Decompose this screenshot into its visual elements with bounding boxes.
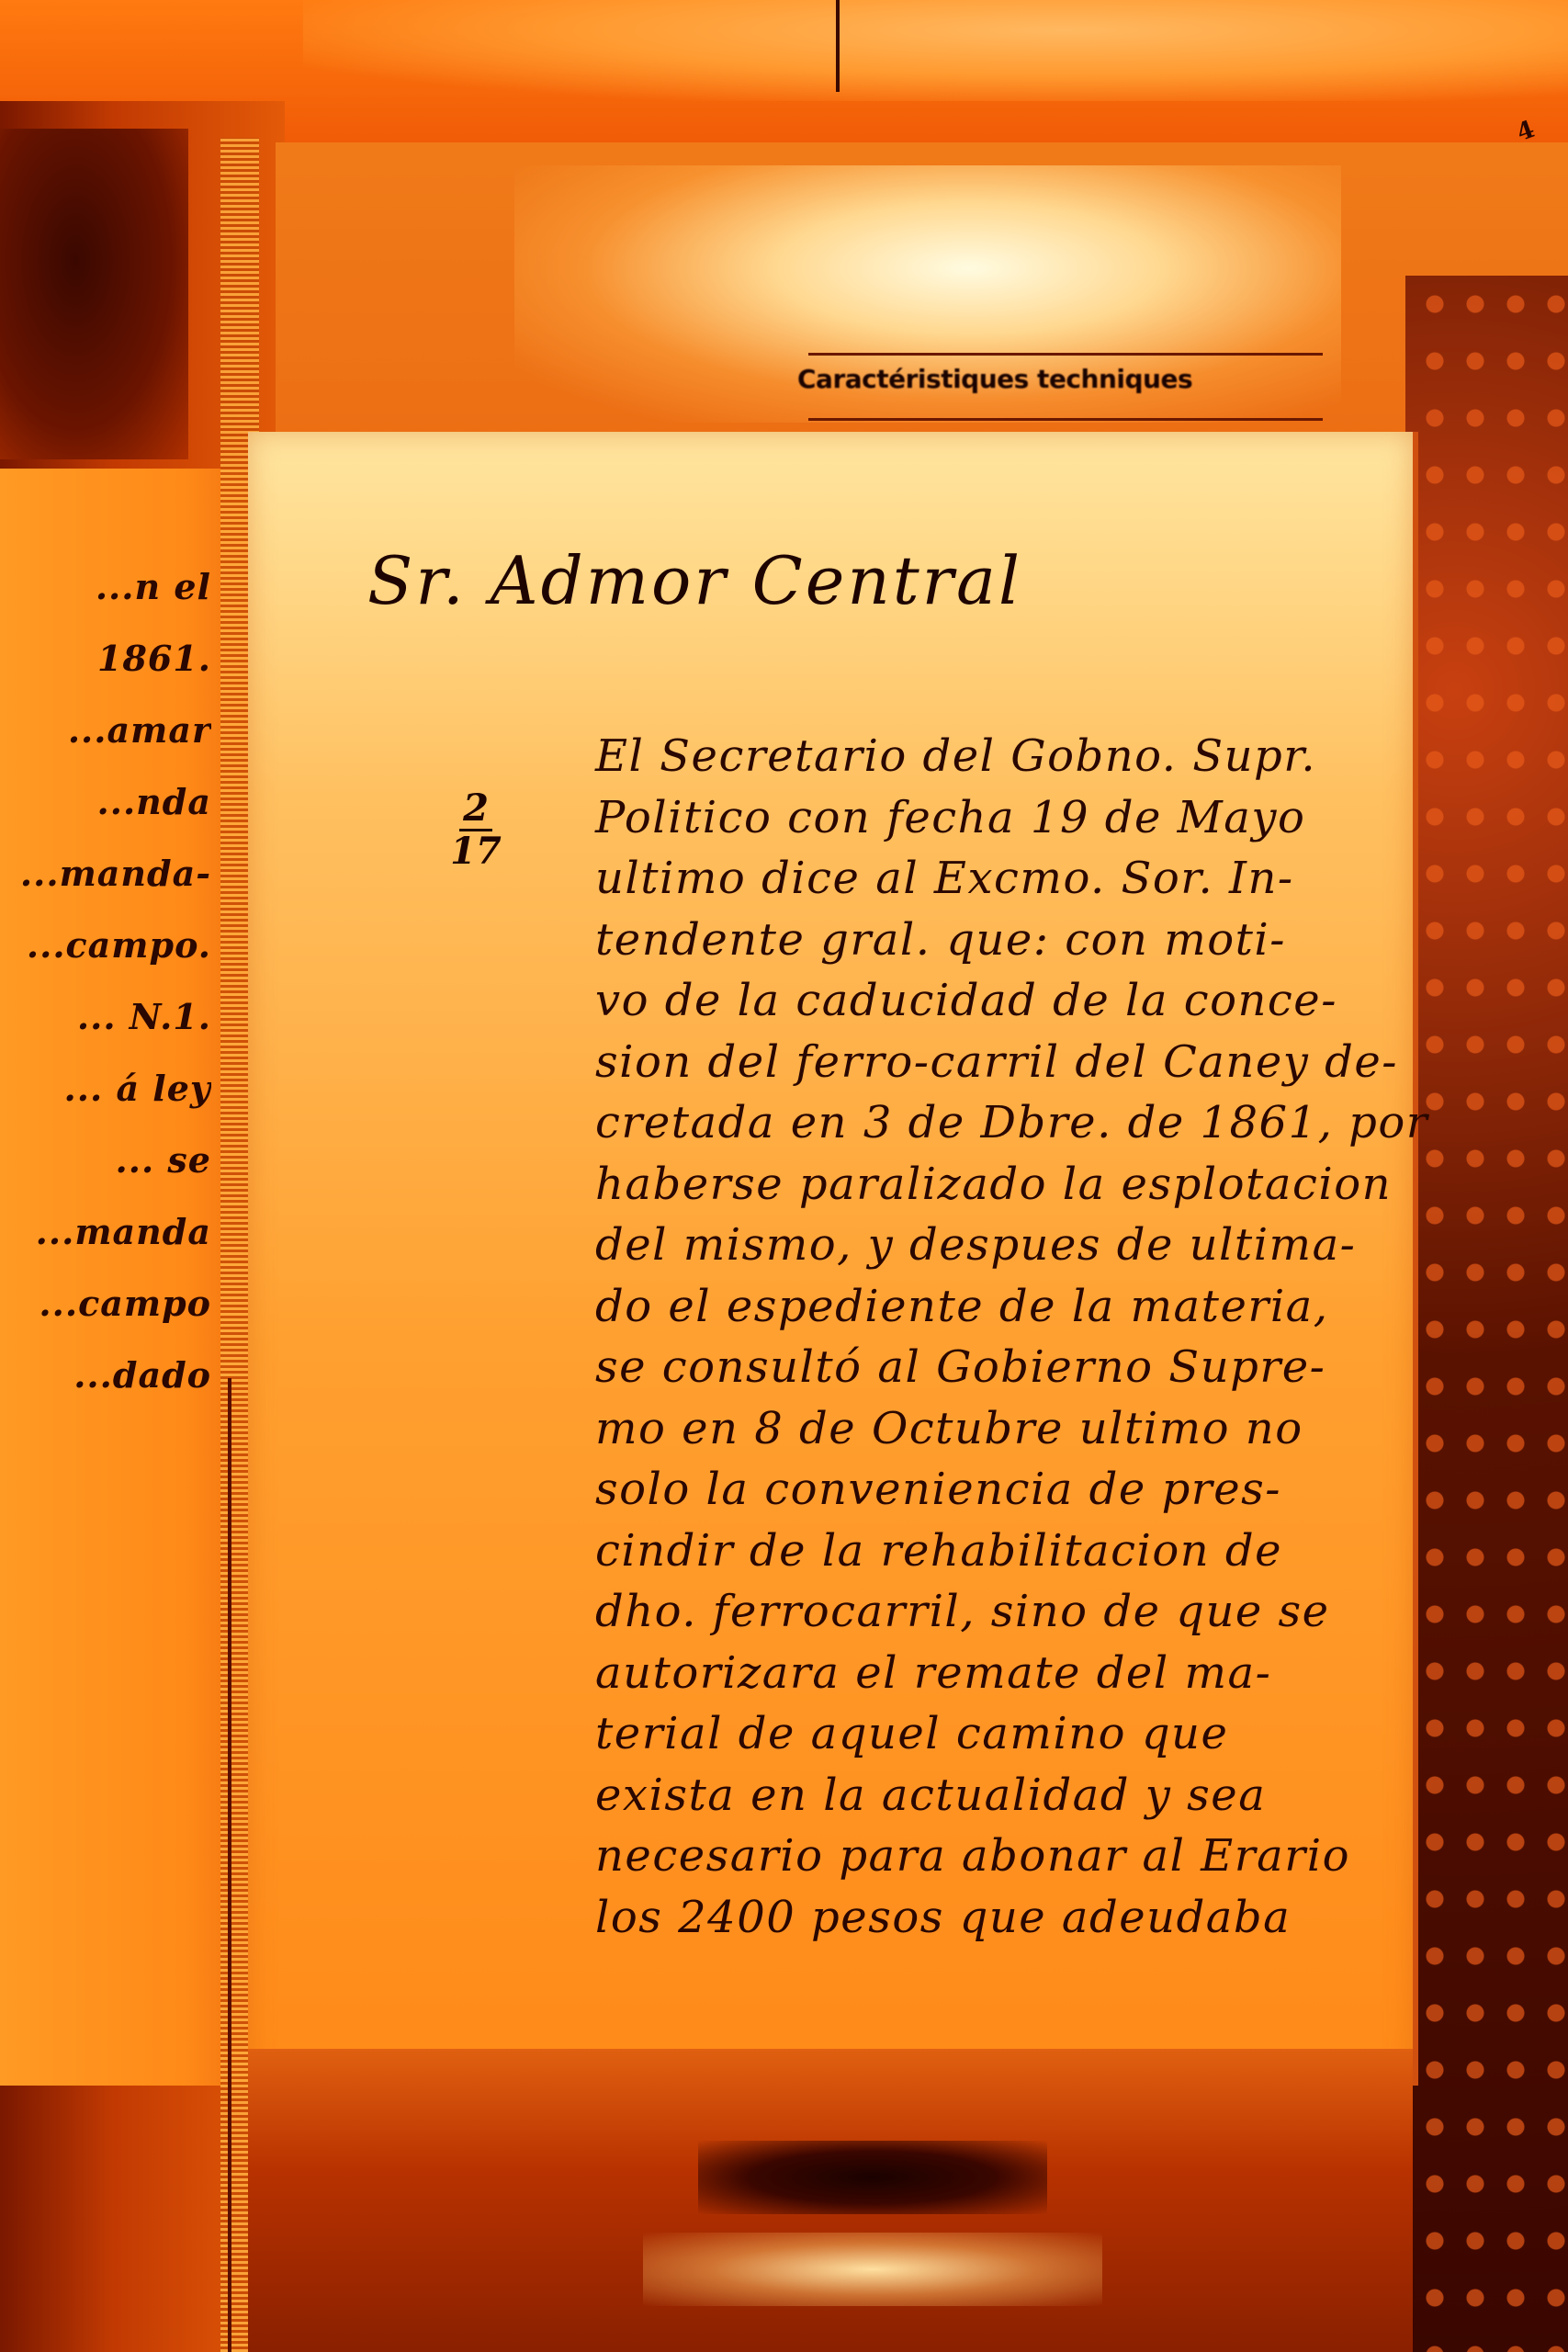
left-line: ...amar bbox=[0, 695, 211, 766]
body-line: sion del ferro-carril del Caney de- bbox=[595, 1032, 1404, 1093]
label-rule-bottom bbox=[808, 418, 1323, 421]
body-line: cindir de la rehabilitacion de bbox=[595, 1521, 1404, 1582]
right-binder-texture bbox=[1415, 276, 1568, 2352]
body-line: los 2400 pesos que adeudaba bbox=[595, 1887, 1404, 1949]
background-light-glow bbox=[303, 0, 1568, 101]
left-line: ...campo bbox=[0, 1268, 211, 1340]
left-binder-stain bbox=[0, 129, 188, 459]
folio-denominator: 17 bbox=[450, 830, 502, 873]
salutation-heading: Sr. Admor Central bbox=[367, 542, 1022, 619]
left-page-text: ...n el 1861. ...amar ...nda ...manda- .… bbox=[0, 551, 211, 1411]
sheet-label: Caractéristiques techniques bbox=[797, 364, 1348, 394]
left-line: ...n el bbox=[0, 551, 211, 623]
body-line: exista en la actualidad y sea bbox=[595, 1765, 1404, 1826]
left-line: ...nda bbox=[0, 766, 211, 838]
body-line: mo en 8 de Octubre ultimo no bbox=[595, 1398, 1404, 1460]
bottom-glare bbox=[643, 2233, 1102, 2306]
label-rule-top bbox=[808, 353, 1323, 356]
left-line: ...campo. bbox=[0, 910, 211, 981]
vertical-pin-line bbox=[836, 0, 840, 92]
body-line: terial de aquel camino que bbox=[595, 1703, 1404, 1765]
body-line: ultimo dice al Excmo. Sor. In- bbox=[595, 848, 1404, 910]
margin-folio-note: 2 17 bbox=[448, 790, 503, 870]
body-line: vo de la caducidad de la conce- bbox=[595, 970, 1404, 1032]
left-line: ...manda- bbox=[0, 838, 211, 910]
spine-stitch-line bbox=[228, 1378, 231, 2352]
body-line: se consultó al Gobierno Supre- bbox=[595, 1337, 1404, 1398]
body-line: haberse paralizado la esplotacion bbox=[595, 1154, 1404, 1216]
ink-blot bbox=[698, 2141, 1047, 2214]
body-line: Politico con fecha 19 de Mayo bbox=[595, 787, 1404, 849]
body-line: El Secretario del Gobno. Supr. bbox=[595, 726, 1404, 787]
left-line: ... se bbox=[0, 1125, 211, 1196]
left-line: ... N.1. bbox=[0, 981, 211, 1053]
body-line: solo la conveniencia de pres- bbox=[595, 1459, 1404, 1521]
body-line: dho. ferrocarril, sino de que se bbox=[595, 1581, 1404, 1643]
left-line: ... á ley bbox=[0, 1053, 211, 1125]
folio-numerator: 2 bbox=[463, 786, 489, 830]
letter-body: El Secretario del Gobno. Supr. Politico … bbox=[595, 726, 1404, 1948]
body-line: do el espediente de la materia, bbox=[595, 1276, 1404, 1338]
body-line: tendente gral. que: con moti- bbox=[595, 910, 1404, 971]
body-line: autorizara el remate del ma- bbox=[595, 1643, 1404, 1704]
left-line: ...dado bbox=[0, 1340, 211, 1411]
left-line: 1861. bbox=[0, 623, 211, 695]
body-line: necesario para abonar al Erario bbox=[595, 1826, 1404, 1887]
body-line: del mismo, y despues de ultima- bbox=[595, 1215, 1404, 1276]
body-line: cretada en 3 de Dbre. de 1861, por bbox=[595, 1092, 1404, 1154]
left-line: ...manda bbox=[0, 1196, 211, 1268]
